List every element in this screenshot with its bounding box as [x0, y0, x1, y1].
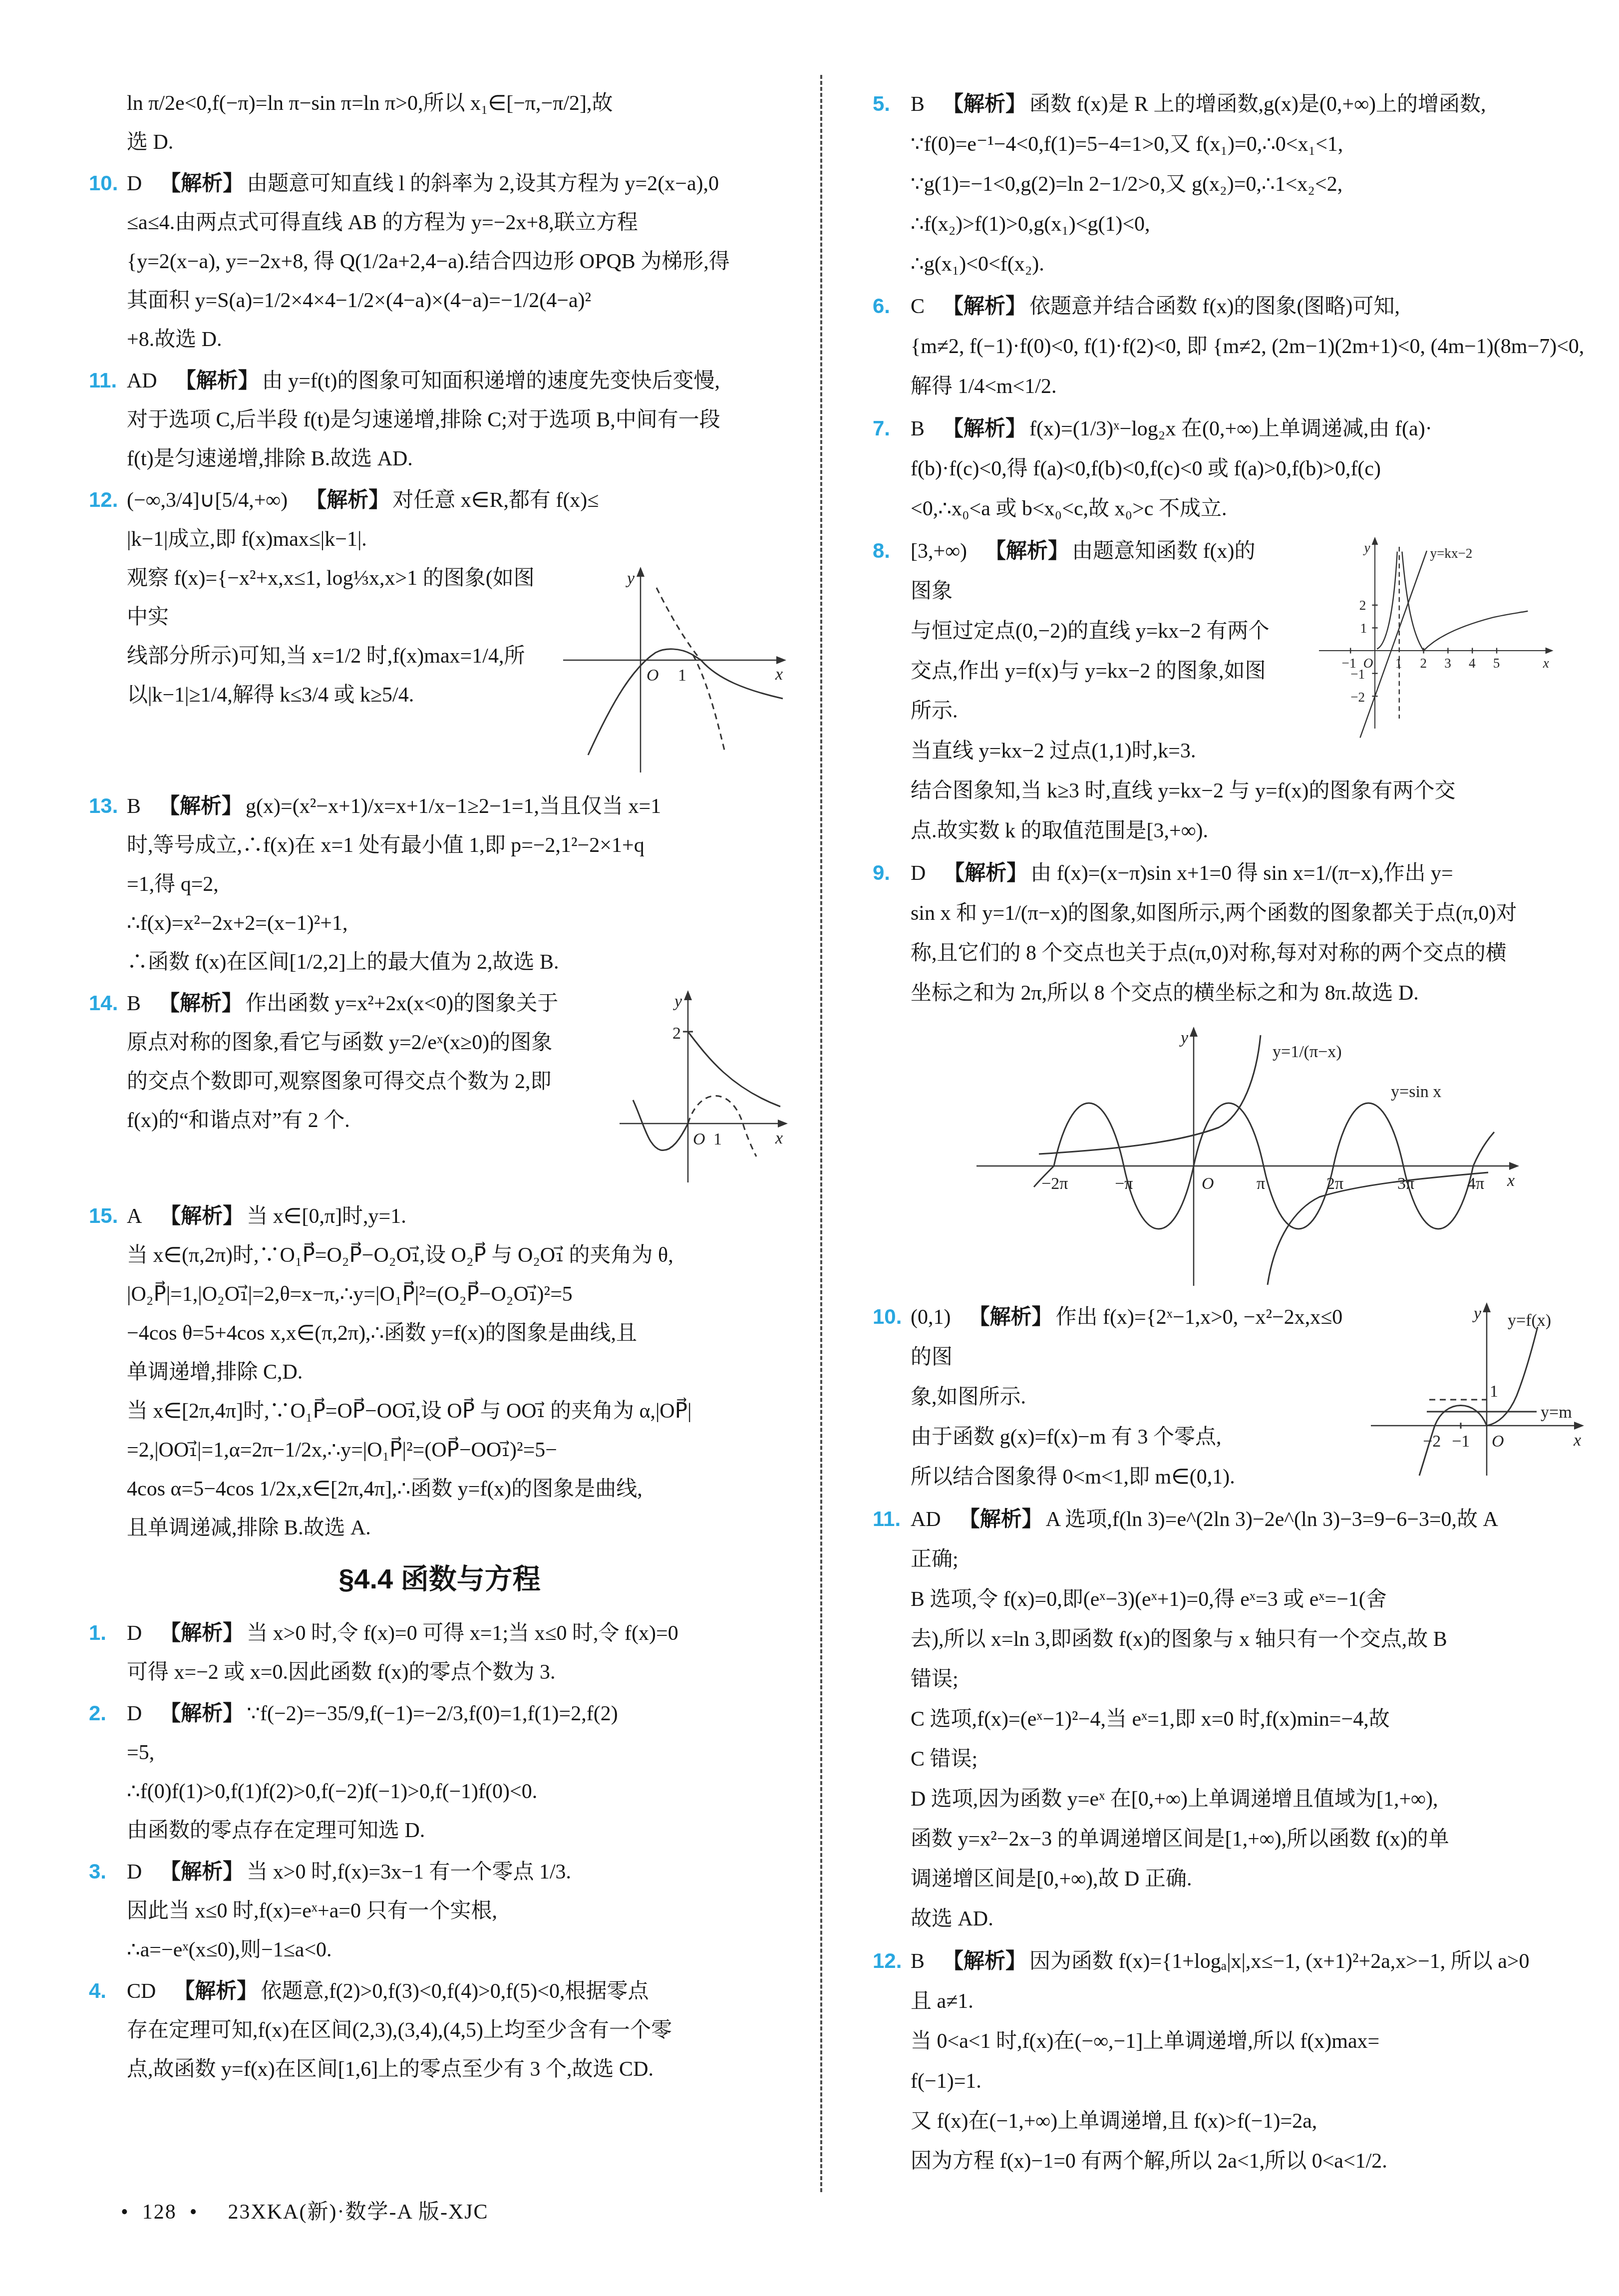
- item-answer: B: [127, 795, 141, 818]
- solution-line: 函数 y=x²−2x−3 的单调递增区间是[1,+∞),所以函数 f(x)的单: [911, 1819, 1587, 1859]
- solution-line: ln π/2e<0,f(−π)=ln π−sin π=ln π>0,所以 x₁∈…: [127, 84, 790, 123]
- solution-line: 称,且它们的 8 个交点也关于点(π,0)对称,每对对称的两个交点的横: [911, 933, 1587, 973]
- solution-text: ∵f(−2)=−35/9,f(−1)=−2/3,f(0)=1,f(1)=2,f(…: [247, 1702, 618, 1725]
- solution-line: 11.AD【解析】由 y=f(t)的图象可知面积递增的速度先变快后变慢,: [127, 361, 790, 400]
- item-answer: D: [127, 1622, 142, 1645]
- answer-item: 4.CD【解析】依题意,f(2)>0,f(3)<0,f(4)>0,f(5)<0,…: [89, 1971, 790, 2089]
- graph-piecewise-parabola-log: y x O 1: [561, 563, 790, 777]
- solution-line: ∴函数 f(x)在区间[1/2,2]上的最大值为 2,故选 B.: [127, 943, 790, 982]
- x-tick: 3: [1444, 656, 1451, 671]
- answer-item: 11.AD【解析】A 选项,f(ln 3)=e^(2ln 3)−2e^(ln 3…: [873, 1499, 1587, 1939]
- graph-line-kx-minus-2: y=kx−2 y x O −1 1 2 3 4 5 2 1 −1 −2: [1287, 535, 1587, 735]
- analysis-label: 【解析】: [160, 1205, 244, 1228]
- solution-line: 解得 1/4<m<1/2.: [911, 367, 1587, 406]
- analysis-label: 【解析】: [969, 1306, 1052, 1329]
- item-answer: A: [127, 1205, 142, 1228]
- solution-line: ∴a=−eˣ(x≤0),则−1≤a<0.: [127, 1930, 790, 1969]
- answer-item: 3.D【解析】当 x>0 时,f(x)=3x−1 有一个零点 1/3.因此当 x…: [89, 1852, 790, 1969]
- item-answer: B: [911, 1950, 925, 1973]
- analysis-label: 【解析】: [174, 1980, 258, 2003]
- solution-line: 可得 x=−2 或 x=0.因此函数 f(x)的零点个数为 3.: [127, 1653, 790, 1692]
- answer-item: 9.D【解析】由 f(x)=(x−π)sin x+1=0 得 sin x=1/(…: [873, 853, 1587, 1295]
- graph-parabola-exp-reflection: 2 y x O 1: [616, 988, 790, 1187]
- item-number: 11.: [89, 361, 127, 400]
- column-separator: [820, 75, 822, 2192]
- x-tick: −2: [1423, 1432, 1441, 1451]
- solution-text: 作出函数 y=x²+2x(x<0)的图象关于: [246, 992, 558, 1015]
- item-number: 15.: [89, 1196, 127, 1235]
- y-tick: −1: [1350, 667, 1365, 682]
- answer-item: 15.A【解析】当 x∈[0,π]时,y=1.当 x∈(π,2π)时,∵O₁P⃗…: [89, 1196, 790, 1547]
- item-answer: AD: [127, 370, 157, 392]
- solution-line: ∴f(x)=x²−2x+2=(x−1)²+1,: [127, 904, 790, 943]
- answer-item: 1.D【解析】当 x>0 时,令 f(x)=0 可得 x=1;当 x≤0 时,令…: [89, 1613, 790, 1692]
- x-tick: 1: [678, 666, 686, 685]
- item-answer: CD: [127, 1980, 156, 2003]
- solution-line: |O₂P⃗|=1,|O₂O₁⃗|=2,θ=x−π,∴y=|O₁P⃗|²=(O₂P…: [127, 1275, 790, 1314]
- curve-label-sine: y=sin x: [1391, 1083, 1441, 1101]
- solution-line: 单调递增,排除 C,D.: [127, 1353, 790, 1392]
- solution-line: 由函数的零点存在定理可知选 D.: [127, 1811, 790, 1850]
- solution-line: ∵g(1)=−1<0,g(2)=ln 2−1/2>0,又 g(x₂)=0,∴1<…: [911, 164, 1587, 204]
- solution-line: 4.CD【解析】依题意,f(2)>0,f(3)<0,f(4)>0,f(5)<0,…: [127, 1971, 790, 2011]
- curve-label: y=f(x): [1508, 1311, 1551, 1330]
- axis-label-y: y: [673, 992, 682, 1011]
- item-answer: (−∞,3/4]∪[5/4,+∞): [127, 489, 288, 512]
- solution-line: 1.D【解析】当 x>0 时,令 f(x)=0 可得 x=1;当 x≤0 时,令…: [127, 1613, 790, 1653]
- item-number: 14.: [89, 984, 127, 1023]
- item-number: 12.: [89, 480, 127, 519]
- section-heading: §4.4 函数与方程: [89, 1561, 790, 1596]
- item-number: 12.: [873, 1941, 911, 1981]
- solution-line: 当 x∈[2π,4π]时,∵O₁P⃗=OP⃗−OO₁⃗,设 OP⃗ 与 OO₁⃗…: [127, 1392, 790, 1431]
- x-tick: −2π: [1041, 1174, 1068, 1193]
- solution-line: ∴f(0)f(1)>0,f(1)f(2)>0,f(−2)f(−1)>0,f(−1…: [127, 1772, 790, 1811]
- right-column: 5.B【解析】函数 f(x)是 R 上的增函数,g(x)是(0,+∞)上的增函数…: [873, 84, 1587, 2183]
- analysis-label: 【解析】: [159, 795, 243, 818]
- solution-line: 10.D【解析】由题意可知直线 l 的斜率为 2,设其方程为 y=2(x−a),…: [127, 164, 790, 203]
- item-answer: AD: [911, 1508, 941, 1531]
- solution-text: A 选项,f(ln 3)=e^(2ln 3)−2e^(ln 3)−3=9−6−3…: [1046, 1508, 1498, 1531]
- solution-line: |k−1|成立,即 f(x)max≤|k−1|.: [127, 520, 790, 559]
- item-number: 8.: [873, 531, 911, 571]
- solution-line: 12.(−∞,3/4]∪[5/4,+∞)【解析】对任意 x∈R,都有 f(x)≤: [127, 480, 790, 520]
- analysis-label: 【解析】: [943, 417, 1026, 440]
- solution-text: 函数 f(x)是 R 上的增函数,g(x)是(0,+∞)上的增函数,: [1029, 93, 1486, 116]
- solution-line: 其面积 y=S(a)=1/2×4×4−1/2×(4−a)×(4−a)=−1/2(…: [127, 281, 790, 320]
- solution-line: sin x 和 y=1/(π−x)的图象,如图所示,两个函数的图象都关于点(π,…: [911, 893, 1587, 933]
- solution-line: +8.故选 D.: [127, 320, 790, 359]
- solution-line: 5.B【解析】函数 f(x)是 R 上的增函数,g(x)是(0,+∞)上的增函数…: [911, 84, 1587, 124]
- analysis-label: 【解析】: [943, 295, 1026, 318]
- origin-label: O: [1492, 1432, 1504, 1451]
- item-number: 7.: [873, 408, 911, 448]
- y-tick: 2: [1359, 598, 1366, 613]
- origin-label: O: [647, 666, 659, 685]
- solution-line: 故选 AD.: [911, 1899, 1587, 1939]
- item-number: 13.: [89, 786, 127, 825]
- answer-item: 13.B【解析】g(x)=(x²−x+1)/x=x+1/x−1≥2−1=1,当且…: [89, 786, 790, 982]
- page-footer: •128•23XKA(新)·数学-A 版-XJC: [121, 2195, 489, 2225]
- solution-text: 由题意可知直线 l 的斜率为 2,设其方程为 y=2(x−a),0: [247, 172, 719, 195]
- axis-label-y: y: [626, 569, 635, 588]
- x-tick: 2: [1420, 656, 1427, 671]
- x-tick: 2π: [1326, 1174, 1343, 1193]
- solution-line: {m≠2, f(−1)·f(0)<0, f(1)·f(2)<0, 即 {m≠2,…: [911, 327, 1587, 367]
- solution-text: 当 x>0 时,令 f(x)=0 可得 x=1;当 x≤0 时,令 f(x)=0: [247, 1622, 678, 1645]
- solution-line: 又 f(x)在(−1,+∞)上单调递增,且 f(x)>f(−1)=2a,: [911, 2101, 1587, 2141]
- analysis-label: 【解析】: [160, 1622, 244, 1645]
- item-number: 11.: [873, 1499, 911, 1539]
- solution-line: f(b)·f(c)<0,得 f(a)<0,f(b)<0,f(c)<0 或 f(a…: [911, 449, 1587, 489]
- analysis-label: 【解析】: [959, 1508, 1043, 1531]
- solution-text: 依题意并结合函数 f(x)的图象(图略)可知,: [1029, 295, 1400, 318]
- answer-item: 2 y x O 1 14.B【解析】作出函数 y=x²+2x(x<0)的图象关于…: [89, 984, 790, 1194]
- solution-text: 当 x∈[0,π]时,y=1.: [247, 1205, 406, 1228]
- answer-item: 12.(−∞,3/4]∪[5/4,+∞)【解析】对任意 x∈R,都有 f(x)≤…: [89, 480, 790, 784]
- item-answer: B: [127, 992, 141, 1015]
- item-number: 10.: [873, 1297, 911, 1337]
- item-answer: B: [911, 417, 925, 440]
- y-tick: 2: [672, 1024, 681, 1043]
- curve-label-hyperbola: y=1/(π−x): [1273, 1043, 1342, 1061]
- solution-line: 因为方程 f(x)−1=0 有两个解,所以 2a<1,所以 0<a<1/2.: [911, 2141, 1587, 2181]
- solution-line: 且 a≠1.: [911, 1981, 1587, 2021]
- answer-item: 11.AD【解析】由 y=f(t)的图象可知面积递增的速度先变快后变慢,对于选项…: [89, 361, 790, 478]
- x-tick: 5: [1493, 656, 1500, 671]
- axis-label-x: x: [1507, 1171, 1515, 1190]
- graph-piecewise-exp-parabola: 1 y=m y=f(x) y x O −2 −1: [1367, 1301, 1587, 1481]
- solution-line: 选 D.: [127, 123, 790, 162]
- solution-line: 正确;: [911, 1539, 1587, 1579]
- axis-label-y: y: [1362, 540, 1370, 555]
- item-number: 9.: [873, 853, 911, 893]
- x-tick: π: [1257, 1174, 1265, 1193]
- item-answer: B: [911, 93, 925, 116]
- item-number: 4.: [89, 1971, 127, 2010]
- solution-line: 结合图象知,当 k≥3 时,直线 y=kx−2 与 y=f(x)的图象有两个交: [911, 771, 1587, 811]
- origin-label: O: [693, 1130, 705, 1148]
- solution-line: 因此当 x≤0 时,f(x)=eˣ+a=0 只有一个实根,: [127, 1892, 790, 1930]
- line-label: y=m: [1541, 1403, 1572, 1422]
- origin-label: O: [1202, 1174, 1214, 1193]
- solution-text: g(x)=(x²−x+1)/x=x+1/x−1≥2−1=1,当且仅当 x=1: [246, 795, 661, 818]
- item-answer: D: [127, 1861, 142, 1884]
- left-column: ln π/2e<0,f(−π)=ln π−sin π=ln π>0,所以 x₁∈…: [89, 84, 790, 2091]
- curve-label: y=kx−2: [1430, 546, 1472, 561]
- item-answer: C: [911, 295, 925, 318]
- x-tick: −1: [1452, 1432, 1470, 1451]
- page-number: 128: [142, 2201, 177, 2224]
- solution-line: 9.D【解析】由 f(x)=(x−π)sin x+1=0 得 sin x=1/(…: [911, 853, 1587, 893]
- solution-text: f(x)=(1/3)ˣ−log₂x 在(0,+∞)上单调递减,由 f(a)·: [1029, 417, 1432, 440]
- item-answer: D: [911, 862, 926, 885]
- analysis-label: 【解析】: [985, 540, 1069, 563]
- analysis-label: 【解析】: [160, 1702, 244, 1725]
- solution-text: ln π/2e<0,f(−π)=ln π−sin π=ln π>0,所以 x₁∈…: [127, 92, 613, 115]
- analysis-label: 【解析】: [943, 93, 1026, 116]
- solution-line: f(−1)=1.: [911, 2061, 1587, 2101]
- answer-item: 6.C【解析】依题意并结合函数 f(x)的图象(图略)可知,{m≠2, f(−1…: [873, 286, 1587, 406]
- solution-line: 点,故函数 y=f(x)在区间[1,6]上的零点至少有 3 个,故选 CD.: [127, 2050, 790, 2089]
- solution-line: 7.B【解析】f(x)=(1/3)ˣ−log₂x 在(0,+∞)上单调递减,由 …: [911, 408, 1587, 449]
- solution-text: 当 x>0 时,f(x)=3x−1 有一个零点 1/3.: [247, 1861, 571, 1884]
- solution-line: 去),所以 x=ln 3,即函数 f(x)的图象与 x 轴只有一个交点,故 B: [911, 1619, 1587, 1659]
- solution-text: 因为函数 f(x)={1+logₐ|x|,x≤−1, (x+1)²+2a,x>−…: [1029, 1950, 1529, 1973]
- solution-line: ∴f(x₂)>f(1)>0,g(x₁)<g(1)<0,: [911, 204, 1587, 244]
- solution-line: 当 0<a<1 时,f(x)在(−∞,−1]上单调递增,所以 f(x)max=: [911, 2021, 1587, 2061]
- x-tick: 4: [1469, 656, 1476, 671]
- solution-line: =5,: [127, 1733, 790, 1772]
- solution-line: 12.B【解析】因为函数 f(x)={1+logₐ|x|,x≤−1, (x+1)…: [911, 1941, 1587, 1981]
- solution-line: −4cos θ=5+4cos x,x∈(π,2π),∴函数 y=f(x)的图象是…: [127, 1314, 790, 1353]
- answer-item: 1 y=m y=f(x) y x O −2 −1 10.(0,1)【解析】作出 …: [873, 1297, 1587, 1497]
- footer-bullet: •: [190, 2201, 198, 2224]
- solution-line: 坐标之和为 2π,所以 8 个交点的横坐标之和为 8π.故选 D.: [911, 973, 1587, 1013]
- item-answer: D: [127, 172, 142, 195]
- solution-text: 依题意,f(2)>0,f(3)<0,f(4)>0,f(5)<0,根据零点: [261, 1980, 648, 2003]
- y-tick: 1: [1490, 1382, 1498, 1401]
- y-tick: 1: [1360, 621, 1367, 636]
- solution-text: 由 y=f(t)的图象可知面积递增的速度先变快后变慢,: [262, 370, 720, 392]
- solution-line: B 选项,令 f(x)=0,即(eˣ−3)(eˣ+1)=0,得 eˣ=3 或 e…: [911, 1579, 1587, 1619]
- x-tick: 4π: [1467, 1174, 1484, 1193]
- solution-line: 当 x∈(π,2π)时,∵O₁P⃗=O₂P⃗−O₂O₁⃗,设 O₂P⃗ 与 O₂…: [127, 1236, 790, 1275]
- solution-line: ∵f(0)=e⁻¹−4<0,f(1)=5−4=1>0,又 f(x₁)=0,∴0<…: [911, 124, 1587, 164]
- solution-line: ∴g(x₁)<0<f(x₂).: [911, 244, 1587, 284]
- axis-label-y: y: [1179, 1029, 1189, 1047]
- solution-line: 6.C【解析】依题意并结合函数 f(x)的图象(图略)可知,: [911, 286, 1587, 327]
- solution-line: C 选项,f(x)=(eˣ−1)²−4,当 eˣ=1,即 x=0 时,f(x)m…: [911, 1699, 1587, 1739]
- axis-label-y: y: [1472, 1304, 1482, 1323]
- solution-line: 且单调递减,排除 B.故选 A.: [127, 1509, 790, 1547]
- axis-label-x: x: [775, 1129, 783, 1148]
- solution-line: 4cos α=5−4cos 1/2x,x∈[2π,4π],∴函数 y=f(x)的…: [127, 1470, 790, 1509]
- answer-item: 7.B【解析】f(x)=(1/3)ˣ−log₂x 在(0,+∞)上单调递减,由 …: [873, 408, 1587, 529]
- analysis-label: 【解析】: [160, 172, 244, 195]
- analysis-label: 【解析】: [160, 1861, 244, 1884]
- solution-line: 15.A【解析】当 x∈[0,π]时,y=1.: [127, 1196, 790, 1236]
- x-tick: 3π: [1397, 1174, 1414, 1193]
- axis-label-x: x: [775, 665, 783, 684]
- solution-line: {y=2(x−a), y=−2x+8, 得 Q(1/2a+2,4−a).结合四边…: [127, 242, 790, 281]
- analysis-label: 【解析】: [943, 1950, 1026, 1973]
- solution-line: 13.B【解析】g(x)=(x²−x+1)/x=x+1/x−1≥2−1=1,当且…: [127, 786, 790, 826]
- solution-line: ≤a≤4.由两点式可得直线 AB 的方程为 y=−2x+8,联立方程: [127, 203, 790, 242]
- solution-line: =1,得 q=2,: [127, 865, 790, 904]
- solution-text: 由 f(x)=(x−π)sin x+1=0 得 sin x=1/(π−x),作出…: [1030, 862, 1453, 885]
- x-tick: 1: [1395, 656, 1402, 671]
- item-number: 10.: [89, 164, 127, 203]
- answer-item: 2.D【解析】∵f(−2)=−35/9,f(−1)=−2/3,f(0)=1,f(…: [89, 1694, 790, 1850]
- item-number: 5.: [873, 84, 911, 124]
- analysis-label: 【解析】: [159, 992, 243, 1015]
- footer-bullet: •: [121, 2201, 129, 2224]
- solution-line: 错误;: [911, 1659, 1587, 1699]
- solution-line: =2,|OO₁⃗|=1,α=2π−1/2x,∴y=|O₁P⃗|²=(OP⃗−OO…: [127, 1431, 790, 1470]
- item-answer: (0,1): [911, 1306, 951, 1329]
- solution-line: <0,∴x₀<a 或 b<x₀<c,故 x₀>c 不成立.: [911, 489, 1587, 529]
- solution-line: C 错误;: [911, 1739, 1587, 1779]
- answer-item: 5.B【解析】函数 f(x)是 R 上的增函数,g(x)是(0,+∞)上的增函数…: [873, 84, 1587, 284]
- solution-line: 3.D【解析】当 x>0 时,f(x)=3x−1 有一个零点 1/3.: [127, 1852, 790, 1892]
- analysis-label: 【解析】: [175, 370, 259, 392]
- solution-line: 调递增区间是[0,+∞),故 D 正确.: [911, 1859, 1587, 1899]
- graph-sin-and-hyperbola: y y=1/(π−x) y=sin x O −2π −π π 2π 3π 4π …: [969, 1021, 1528, 1291]
- item-number: 6.: [873, 286, 911, 326]
- item-answer: [3,+∞): [911, 540, 967, 563]
- analysis-label: 【解析】: [306, 489, 389, 512]
- analysis-label: 【解析】: [944, 862, 1027, 885]
- item-number: 3.: [89, 1852, 127, 1891]
- solution-line: 当直线 y=kx−2 过点(1,1)时,k=3.: [911, 731, 1587, 771]
- axis-label-x: x: [1573, 1431, 1581, 1450]
- answer-item: y=kx−2 y x O −1 1 2 3 4 5 2 1 −1 −2 8.[3…: [873, 531, 1587, 851]
- solution-line: D 选项,因为函数 y=eˣ 在[0,+∞)上单调递增且值域为[1,+∞),: [911, 1779, 1587, 1819]
- solution-line: 11.AD【解析】A 选项,f(ln 3)=e^(2ln 3)−2e^(ln 3…: [911, 1499, 1587, 1539]
- item-number: 2.: [89, 1694, 127, 1733]
- answer-item: 12.B【解析】因为函数 f(x)={1+logₐ|x|,x≤−1, (x+1)…: [873, 1941, 1587, 2181]
- y-tick: −2: [1350, 690, 1365, 705]
- item-answer: D: [127, 1702, 142, 1725]
- edition-label: 23XKA(新)·数学-A 版-XJC: [228, 2201, 488, 2224]
- x-tick: −π: [1115, 1174, 1133, 1193]
- solution-line: 时,等号成立,∴f(x)在 x=1 处有最小值 1,即 p=−2,1²−2×1+…: [127, 826, 790, 865]
- solution-line: 2.D【解析】∵f(−2)=−35/9,f(−1)=−2/3,f(0)=1,f(…: [127, 1694, 790, 1733]
- axis-label-x: x: [1543, 656, 1549, 671]
- solution-line: 存在定理可知,f(x)在区间(2,3),(3,4),(4,5)上均至少含有一个零: [127, 2011, 790, 2050]
- solution-line: 点.故实数 k 的取值范围是[3,+∞).: [911, 811, 1587, 851]
- answer-item: ln π/2e<0,f(−π)=ln π−sin π=ln π>0,所以 x₁∈…: [89, 84, 790, 162]
- item-number: 1.: [89, 1613, 127, 1652]
- solution-line: f(t)是匀速递增,排除 B.故选 AD.: [127, 439, 790, 478]
- x-tick: 1: [713, 1130, 722, 1148]
- solution-text: 对任意 x∈R,都有 f(x)≤: [392, 489, 599, 512]
- answer-item: 10.D【解析】由题意可知直线 l 的斜率为 2,设其方程为 y=2(x−a),…: [89, 164, 790, 359]
- solution-line: 对于选项 C,后半段 f(t)是匀速递增,排除 C;对于选项 B,中间有一段: [127, 400, 790, 439]
